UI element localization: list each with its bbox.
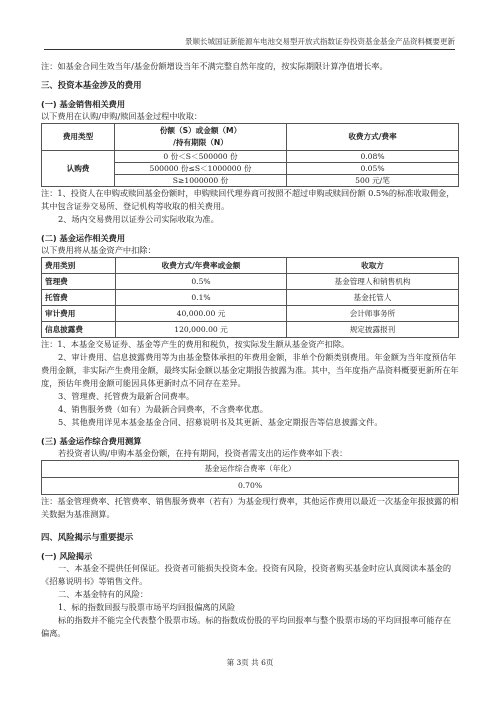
col-header-fee-rate: 收费方式/费率: [287, 124, 459, 151]
subsection-comprehensive-fee-title: (三) 基金运作综合费用测算: [41, 435, 459, 447]
range-cell: 500000 份≤S＜1000000 份: [115, 163, 287, 175]
operation-fees-intro: 以下费用将从基金资产中扣除：: [41, 244, 459, 257]
range-cell: S≥1000000 份: [115, 175, 287, 187]
comprehensive-fee-note: 注：基金管理费率、托管费率、销售服务费率（若有）为基金现行费率，其他运作费用以最…: [41, 495, 459, 521]
comprehensive-fee-header: 基金运作综合费率（年化）: [42, 461, 459, 478]
operation-fees-note-4: 4、销售服务费（如有）为最新合同费率，不含费率优惠。: [41, 403, 459, 416]
table-row: 托管费 0.1% 基金托管人: [42, 290, 459, 306]
rate-cell: 500 元/笔: [287, 175, 459, 187]
section-4-title: 四、风险揭示与重要提示: [41, 531, 459, 544]
operation-fees-table: 费用类别 收费方式/年费率或金额 收取方 管理费 0.5% 基金管理人和销售机构…: [41, 257, 459, 338]
page-number: 第 3页 共 6页: [0, 657, 500, 668]
table-row: 审计费用 40,000.00 元 会计师事务所: [42, 306, 459, 322]
operation-fees-note-1: 注：1、本基金交易证券、基金等产生的费用和税负，按实际发生额从基金资产扣除。: [41, 338, 459, 351]
sales-fees-table: 费用类型 份额（S）或金额（M） /持有期限（N） 收费方式/费率 认购费 0 …: [41, 123, 459, 187]
page-header: 景顺长城国证新能源车电池交易型开放式指数证券投资基金基金产品资料概要更新: [44, 36, 455, 50]
sales-fees-note-2: 2、场内交易费用以证券公司实际收取为准。: [41, 213, 459, 226]
fee-type-cell: 认购费: [42, 151, 115, 187]
rate-cell: 0.08%: [287, 151, 459, 163]
range-cell: 0 份＜S＜500000 份: [115, 151, 287, 163]
subsection-risk-title: (一) 风险揭示: [41, 550, 459, 562]
sales-fees-note-1: 注：1、投资人在申购或赎回基金份额时，申购赎回代理券商可按照不超过申购或赎回份额…: [41, 187, 459, 213]
comprehensive-fee-value: 0.70%: [42, 478, 459, 495]
operation-fees-note-3: 3、管理费、托管费为最新合同费率。: [41, 390, 459, 403]
comprehensive-fee-table: 基金运作综合费率（年化） 0.70%: [41, 460, 459, 495]
risk-paragraph-1: 一、本基金不提供任何保证。投资者可能损失投资本金。投资有风险，投资者购买基金时应…: [41, 562, 459, 588]
table-row: 管理费 0.5% 基金管理人和销售机构: [42, 274, 459, 290]
risk-paragraph-2: 二、本基金特有的风险：: [41, 588, 459, 601]
document-body: 注：如基金合同生效当年/基金份额增设当年不满完整自然年度的，按实际期限计算净值增…: [41, 60, 459, 640]
col-header-fee-category: 费用类别: [42, 258, 116, 274]
rate-cell: 0.05%: [287, 163, 459, 175]
subsection-operation-fees-title: (二) 基金运作相关费用: [41, 232, 459, 244]
comprehensive-fee-intro: 若投资者认购/申购本基金份额，在持有期间，投资者需支出的运作费率如下表：: [41, 447, 459, 460]
col-header-fee-type: 费用类型: [42, 124, 115, 151]
top-note: 注：如基金合同生效当年/基金份额增设当年不满完整自然年度的，按实际期限计算净值增…: [41, 60, 459, 73]
risk-paragraph-4: 标的指数并不能完全代表整个股票市场。标的指数成份股的平均回报率与整个股票市场的平…: [41, 614, 459, 640]
table-row: 认购费 0 份＜S＜500000 份 0.08%: [42, 151, 459, 163]
col-header-fee-method: 收费方式/年费率或金额: [116, 258, 287, 274]
operation-fees-note-2: 2、审计费用、信息披露费用等为由基金整体承担的年费用金额，非单个份额类别费用。年…: [41, 351, 459, 390]
table-row: 信息披露费 120,000.00 元 规定披露报刊: [42, 322, 459, 338]
operation-fees-note-5: 5、其他费用详见本基金基金合同、招募说明书及其更新、基金定期报告等信息披露文件。: [41, 416, 459, 429]
risk-paragraph-3: 1、标的指数回报与股票市场平均回报偏离的风险: [41, 601, 459, 614]
sales-fees-intro: 以下费用在认购/申购/赎回基金过程中收取：: [41, 110, 459, 123]
section-3-title: 三、投资本基金涉及的费用: [41, 79, 459, 92]
col-header-recipient: 收取方: [287, 258, 459, 274]
subsection-sales-fees-title: (一) 基金销售相关费用: [41, 98, 459, 110]
col-header-share-range: 份额（S）或金额（M） /持有期限（N）: [115, 124, 287, 151]
